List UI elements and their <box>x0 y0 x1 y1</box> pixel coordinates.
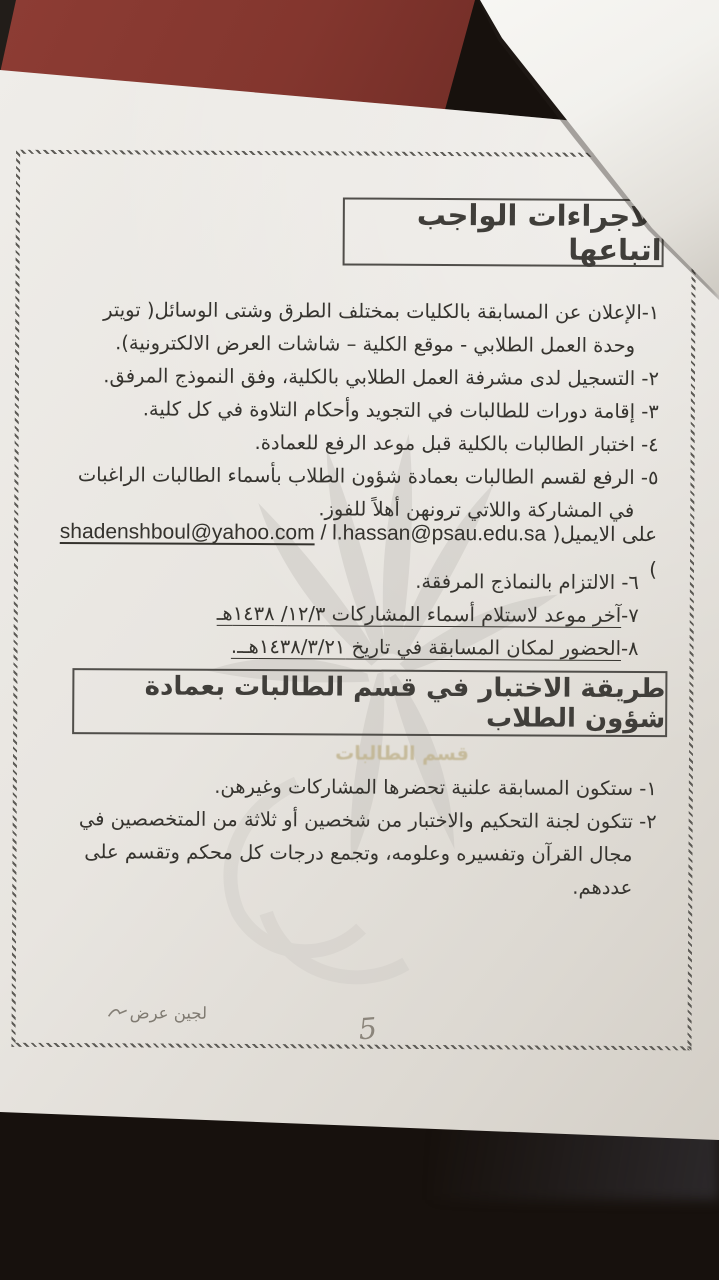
document-page: الاجراءات الواجب اتباعها ١-الإعلان عن ال… <box>0 62 719 1154</box>
note-7: ٧-آخر موعد لاستلام أسماء المشاركات ١٢/٣/… <box>58 596 639 632</box>
list-item: ٤- اختبار الطالبات بالكلية قبل موعد الرف… <box>59 425 659 461</box>
email-line-prefix: على الايميل( <box>552 522 657 547</box>
section2-title: طريقة الاختبار في قسم الطالبات بعمادة شؤ… <box>74 671 665 734</box>
handwritten-signature: لجين عرض <box>108 1003 207 1023</box>
list-item: ١-الإعلان عن المسابقة بالكليات بمختلف ال… <box>59 293 659 362</box>
section1-title: الاجراءات الواجب اتباعها <box>345 197 662 267</box>
signature-flourish-icon <box>108 1006 128 1020</box>
list-item: ٢- تتكون لجنة التحكيم والاختبار من شخصين… <box>56 802 657 904</box>
tan-text-watermark: قسم الطالبات <box>307 742 497 765</box>
note-num: ٧- <box>621 604 639 627</box>
email-line-suffix: ) <box>649 557 657 581</box>
note-num: ٦- <box>621 571 639 594</box>
rope-border-left <box>11 150 20 1047</box>
email-addresses: shadenshboul@yahoo.com / l.hassan@psau.e… <box>60 520 546 546</box>
section2-list: ١- ستكون المسابقة علنية تحضرها المشاركات… <box>56 769 657 904</box>
note-text: الالتزام بالنماذج المرفقة. <box>415 570 621 594</box>
section1-title-box: الاجراءات الواجب اتباعها <box>343 197 664 267</box>
email-yahoo: shadenshboul@yahoo.com <box>60 520 315 544</box>
section1-list: ١-الإعلان عن المسابقة بالكليات بمختلف ال… <box>58 293 659 527</box>
signature-text: لجين عرض <box>130 1003 207 1022</box>
list-item: ٢- التسجيل لدى مشرفة العمل الطلابي بالكل… <box>59 359 659 395</box>
list-item: ٣- إقامة دورات للطالبات في التجويد وأحكا… <box>59 392 659 428</box>
email-psau: l.hassan@psau.edu.sa <box>332 521 546 545</box>
handwritten-page-number: 5 <box>357 1011 378 1046</box>
note-8: ٨-الحضور لمكان المسابقة في تاريخ ١٤٣٨/٣/… <box>57 629 638 665</box>
rope-border-right <box>687 153 696 1050</box>
rope-border-bottom <box>11 1043 691 1051</box>
photo-of-document: الاجراءات الواجب اتباعها ١-الإعلان عن ال… <box>0 0 719 1280</box>
email-separator: / <box>315 521 333 544</box>
note-text: الحضور لمكان المسابقة في تاريخ ١٤٣٨/٣/٢١… <box>231 635 621 660</box>
note-text: آخر موعد لاستلام أسماء المشاركات ١٢/٣/ ١… <box>217 602 622 627</box>
section2-title-box: طريقة الاختبار في قسم الطالبات بعمادة شؤ… <box>72 668 667 737</box>
list-item: ١- ستكون المسابقة علنية تحضرها المشاركات… <box>57 769 657 805</box>
note-num: ٨- <box>621 637 639 660</box>
note-6: ٦- الالتزام بالنماذج المرفقة. <box>58 563 639 599</box>
section1-notes: ٦- الالتزام بالنماذج المرفقة. ٧-آخر موعد… <box>57 563 639 665</box>
